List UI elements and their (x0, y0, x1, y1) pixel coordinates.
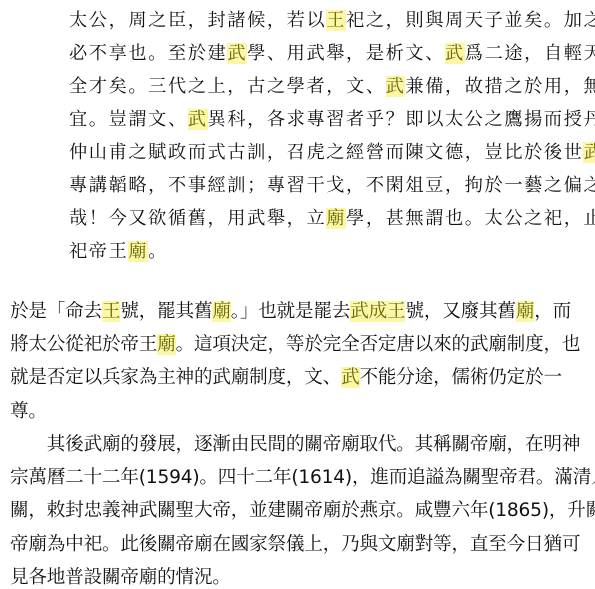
text-segment: 尊。 (10, 401, 47, 422)
highlighted-text: 廟 (326, 208, 346, 229)
text-segment: 不能分途，儒術仍定於一 (360, 367, 562, 388)
highlighted-text: 廟 (516, 301, 534, 322)
text-line: 帝廟為中祀。此後關帝廟在國家祭儀上，乃與文廟對等，直至今日猶可 (10, 528, 590, 561)
highlighted-text: 武 (341, 367, 359, 388)
text-line: 將太公從祀於帝王廟。這項決定，等於完全否定唐以來的武廟制度，也 (10, 328, 590, 361)
text-segment: 宜。豈謂文、 (69, 109, 188, 130)
highlighted-text: 武 (386, 76, 406, 97)
text-segment: 。這項決定，等於完全否定唐以來的武廟制度，也 (176, 334, 581, 355)
highlighted-text: 王 (326, 10, 346, 31)
text-line: 其後武廟的發展，逐漸由民間的關帝廟取代。其稱關帝廟，在明神 (10, 428, 590, 461)
text-line: 宜。豈謂文、武異科，各求專習者乎？即以太公之鷹揚而授丹書， (69, 103, 589, 136)
highlighted-text: 武 (445, 43, 465, 64)
text-line: 祀帝王廟。 (69, 235, 589, 268)
text-segment: 仲山甫之賦政而式古訓，召虎之經營而陳文德，豈比於後世 (69, 142, 583, 163)
text-segment: 學、用武舉，是析文、 (247, 43, 445, 64)
text-segment: 就是否定以兵家為主神的武廟制度，文、 (10, 367, 341, 388)
text-segment: 兼備，故措之於用，無所不 (405, 76, 595, 97)
text-line: 於是「命去王號，罷其舊廟。」也就是罷去武成王號，又廢其舊廟，而 (10, 295, 590, 328)
highlighted-text: 廟 (128, 241, 148, 262)
text-segment: 必不享也。至於建 (69, 43, 227, 64)
highlighted-text: 廟 (157, 334, 175, 355)
text-line: 哉！今又欲循舊，用武舉，立廟學，甚無謂也。太公之祀，止宜從 (69, 202, 589, 235)
text-segment: 於是「命去 (10, 301, 102, 322)
text-segment: 專講韜略，不事經訓；專習干戈，不閑俎豆，拘於一藝之偏之陋 (69, 175, 595, 196)
text-segment: 號，又廢其舊 (405, 301, 515, 322)
text-segment: 祀帝王 (69, 241, 128, 262)
highlighted-text: 王 (102, 301, 120, 322)
text-segment: 祀之，則與周天子並矣。加之非號 (346, 10, 595, 31)
text-segment: 哉！今又欲循舊，用武舉，立 (69, 208, 326, 229)
text-segment: 異科，各求專習者乎？即以太公之鷹揚而授丹書， (208, 109, 595, 130)
text-segment: 將太公從祀於帝王 (10, 334, 157, 355)
highlighted-text: 廟 (212, 301, 230, 322)
text-line: 宗萬曆二十二年(1594)。四十二年(1614)，進而追謚為關聖帝君。滿清入 (10, 461, 590, 494)
text-segment: 關，敕封忠義神武關聖大帝，並建關帝廟於燕京。咸豐六年(1865)，升關 (10, 500, 595, 521)
text-segment: 學，甚無謂也。太公之祀，止宜從 (346, 208, 595, 229)
highlighted-text: 武 (227, 43, 247, 64)
text-line: 尊。 (10, 395, 590, 428)
highlighted-text: 武 (583, 142, 595, 163)
text-line: 見各地普設關帝廟的情況。 (10, 561, 590, 589)
text-segment: 帝廟為中祀。此後關帝廟在國家祭儀上，乃與文廟對等，直至今日猶可 (10, 534, 580, 555)
text-segment: 其後武廟的發展，逐漸由民間的關帝廟取代。其稱關帝廟，在明神 (10, 434, 580, 455)
text-segment: 爲二途，自輕天下無 (465, 43, 595, 64)
text-line: 全才矣。三代之上，古之學者，文、武兼備，故措之於用，無所不 (69, 70, 589, 103)
text-line: 太公，周之臣，封諸候，若以王祀之，則與周天子並矣。加之非號 (69, 4, 589, 37)
text-line: 仲山甫之賦政而式古訓，召虎之經營而陳文德，豈比於後世武學， (69, 136, 589, 169)
highlighted-text: 武成王 (350, 301, 405, 322)
block-quote: 太公，周之臣，封諸候，若以王祀之，則與周天子並矣。加之非號必不享也。至於建武學、… (69, 4, 589, 268)
text-line: 專講韜略，不事經訓；專習干戈，不閑俎豆，拘於一藝之偏之陋 (69, 169, 589, 202)
text-segment: 見各地普設關帝廟的情況。 (10, 567, 231, 588)
text-line: 就是否定以兵家為主神的武廟制度，文、武不能分途，儒術仍定於一 (10, 361, 590, 394)
text-line: 必不享也。至於建武學、用武舉，是析文、武爲二途，自輕天下無 (69, 37, 589, 70)
text-segment: 全才矣。三代之上，古之學者，文、 (69, 76, 386, 97)
paragraph-2: 其後武廟的發展，逐漸由民間的關帝廟取代。其稱關帝廟，在明神宗萬曆二十二年(159… (10, 428, 590, 589)
text-segment: 。 (148, 241, 168, 262)
text-segment: 號，罷其舊 (120, 301, 212, 322)
text-line: 關，敕封忠義神武關聖大帝，並建關帝廟於燕京。咸豐六年(1865)，升關 (10, 494, 590, 527)
text-segment: 太公，周之臣，封諸候，若以 (69, 10, 326, 31)
paragraph-1: 於是「命去王號，罷其舊廟。」也就是罷去武成王號，又廢其舊廟，而將太公從祀於帝王廟… (10, 295, 590, 428)
highlighted-text: 武 (188, 109, 208, 130)
text-segment: ，而 (534, 301, 571, 322)
text-segment: 。」也就是罷去 (231, 301, 350, 322)
text-segment: 宗萬曆二十二年(1594)。四十二年(1614)，進而追謚為關聖帝君。滿清入 (10, 467, 595, 488)
